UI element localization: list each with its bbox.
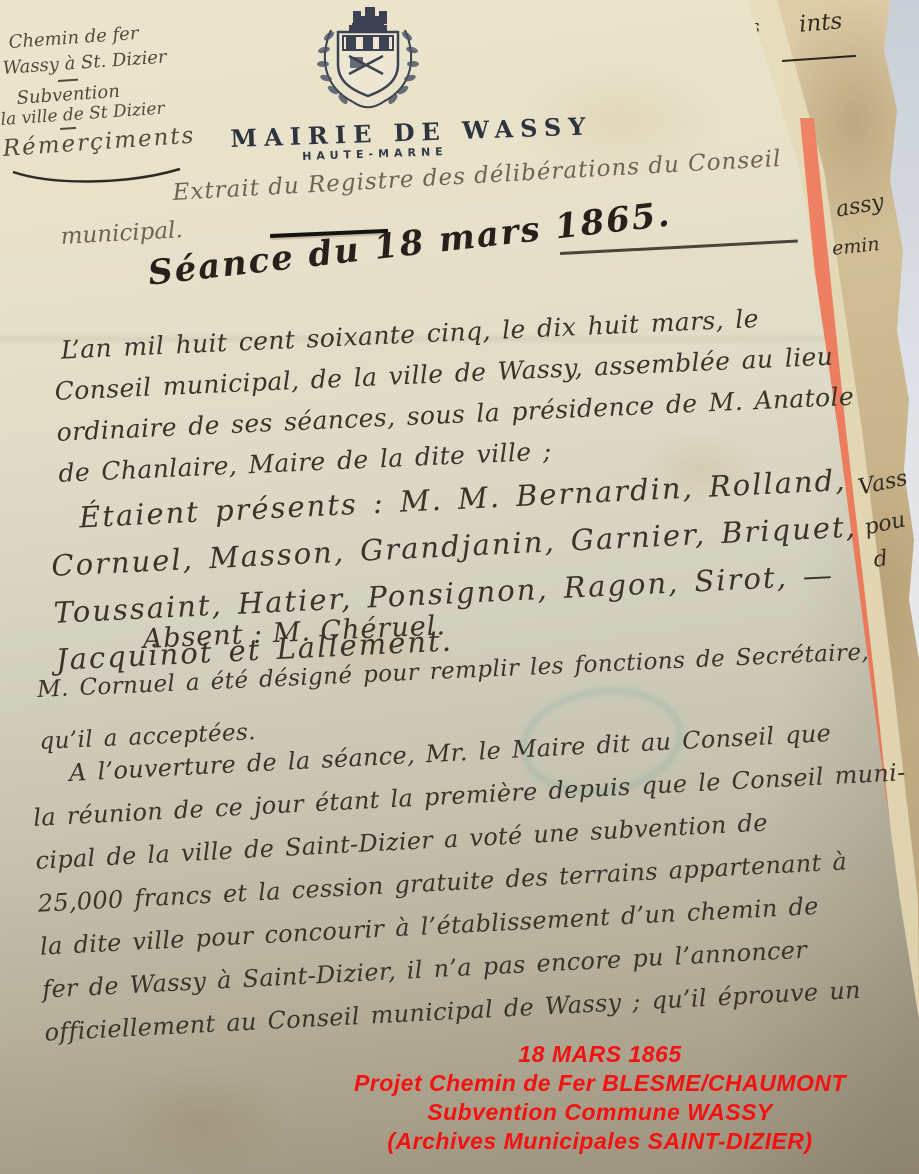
wassy-coat-of-arms-icon: [293, 2, 443, 116]
document-photo: Chemin de fer Wassy à St. Dizier Subvent…: [0, 0, 919, 1174]
archival-annotation: 18 MARS 1865 Projet Chemin de Fer BLESME…: [320, 1040, 880, 1156]
page-fragment-text: ints: [798, 8, 843, 38]
annotation-subject: Subvention Commune WASSY: [320, 1098, 880, 1127]
annotation-source: (Archives Municipales SAINT-DIZIER): [320, 1127, 880, 1156]
paragraph-mayor-statement: A l’ouverture de la séance, Mr. le Maire…: [30, 708, 918, 1054]
annotation-date: 18 MARS 1865: [320, 1040, 880, 1069]
annotation-project: Projet Chemin de Fer BLESME/CHAUMONT: [320, 1069, 880, 1098]
margin-underline-flourish: [10, 166, 185, 186]
